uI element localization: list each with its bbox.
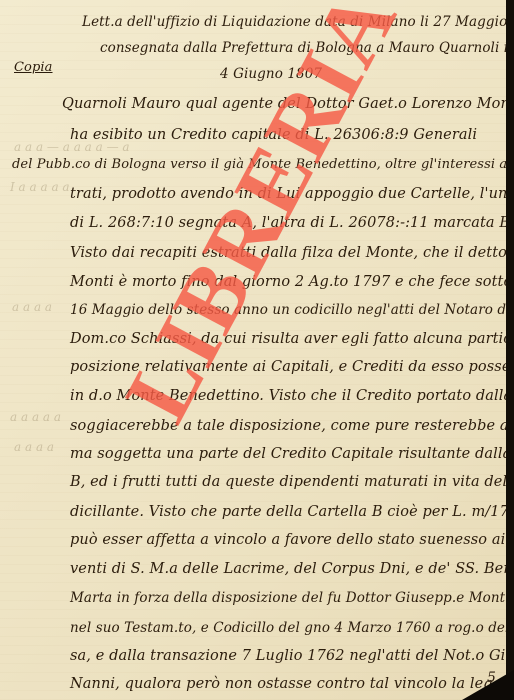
page-corner-shadow — [462, 670, 514, 700]
body-line: Marta in forza della disposizione del fu… — [70, 590, 506, 606]
bleed-through-text: a a a a a — [10, 410, 61, 424]
body-line: venti di S. M.a delle Lacrime, del Corpu… — [70, 561, 506, 577]
body-line: Nanni, qualora però non ostasse contro t… — [70, 676, 506, 692]
body-line: B, ed i frutti tutti da queste dipendent… — [70, 474, 506, 490]
body-line: 16 Maggio dello stesso anno un codicillo… — [70, 302, 506, 318]
body-line: nel suo Testam.to, e Codicillo del gno 4… — [70, 620, 506, 636]
body-line: sa, e dalla transazione 7 Luglio 1762 ne… — [70, 648, 506, 664]
body-line: ma soggetta una parte del Credito Capita… — [70, 446, 506, 462]
page-edge-shadow — [506, 0, 514, 700]
manuscript-page: a a a — a a a a — a I a a a a a a a a a … — [0, 0, 506, 700]
body-line: Monti è morto fino dal giorno 2 Ag.to 17… — [70, 274, 506, 290]
bleed-through-text: a a a a — [14, 440, 54, 454]
bleed-through-text: I a a a a a — [10, 180, 70, 194]
body-line: può esser affetta a vincolo a favore del… — [70, 532, 506, 548]
bleed-through-text: a a a a — [12, 300, 52, 314]
margin-note: Copia — [14, 60, 53, 75]
body-line: soggiacerebbe a tale disposizione, come … — [70, 418, 506, 434]
body-line: dicillante. Visto che parte della Cartel… — [70, 504, 506, 520]
